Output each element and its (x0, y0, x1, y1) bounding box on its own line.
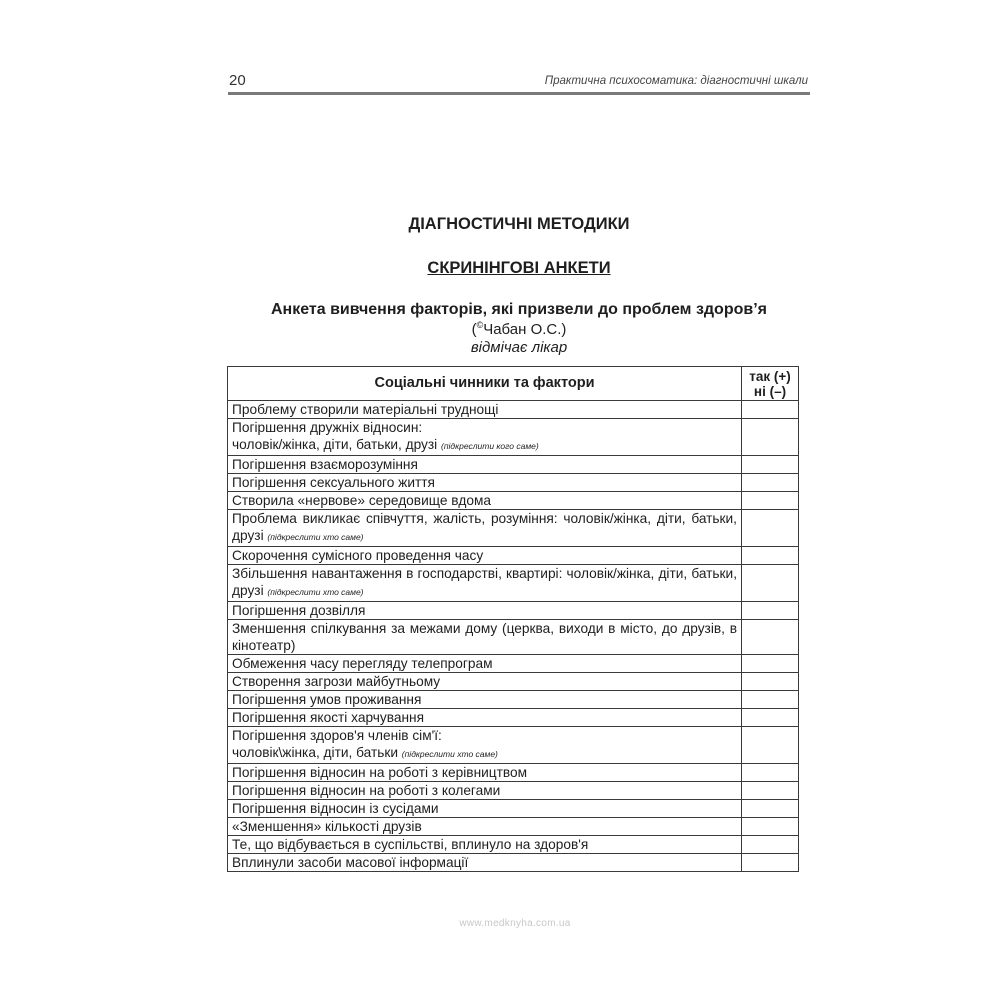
factor-cell: Обмеження часу перегляду телепрограм (228, 655, 742, 673)
table-row: Вплинули засоби масової інформації (228, 854, 799, 872)
questionnaire-author: (©Чабан О.С.) (228, 320, 810, 338)
answer-cell[interactable] (742, 456, 799, 474)
factor-cell: Зменшення спілкування за межами дому (це… (228, 620, 742, 655)
answer-cell[interactable] (742, 800, 799, 818)
table-row: Проблему створили матеріальні труднощі (228, 401, 799, 419)
factor-cell: Створення загрози майбутньому (228, 673, 742, 691)
factor-text-line2: чоловік\жінка, діти, батьки (232, 745, 398, 760)
answer-cell[interactable] (742, 492, 799, 510)
answer-cell[interactable] (742, 510, 799, 547)
answer-cell[interactable] (742, 673, 799, 691)
table-row: Створення загрози майбутньому (228, 673, 799, 691)
factor-cell: Погіршення умов проживання (228, 691, 742, 709)
factor-note: (підкреслити хто саме) (267, 587, 363, 597)
factors-table: Соціальні чинники та фактори так (+) ні … (227, 366, 799, 872)
factor-cell: Погіршення відносин на роботі з керівниц… (228, 764, 742, 782)
answer-cell[interactable] (742, 691, 799, 709)
col-factors-header: Соціальні чинники та фактори (228, 367, 742, 401)
factor-text: Вплинули засоби масової інформації (232, 855, 468, 870)
table-row: Погіршення умов проживання (228, 691, 799, 709)
factor-cell: Погіршення здоров'я членів сім'ї:чоловік… (228, 727, 742, 764)
running-header: 20 Практична психосоматика: діагностичні… (228, 72, 810, 95)
answer-cell[interactable] (742, 854, 799, 872)
factor-text: Погіршення дозвілля (232, 603, 365, 618)
factor-cell: Погіршення взаєморозуміння (228, 456, 742, 474)
factor-text: Погіршення взаєморозуміння (232, 457, 418, 472)
factor-cell: Збільшення навантаження в господарстві, … (228, 565, 742, 602)
table-row: Обмеження часу перегляду телепрограм (228, 655, 799, 673)
factor-text: Погіршення дружніх відносин: (232, 420, 422, 435)
factor-cell: Проблему створили матеріальні труднощі (228, 401, 742, 419)
answer-cell[interactable] (742, 782, 799, 800)
page-number: 20 (229, 72, 246, 89)
table-row: Погіршення відносин на роботі з колегами (228, 782, 799, 800)
table-row: Погіршення здоров'я членів сім'ї:чоловік… (228, 727, 799, 764)
factor-text-line2: чоловік/жінка, діти, батьки, друзі (232, 437, 437, 452)
answer-cell[interactable] (742, 401, 799, 419)
factor-text: Зменшення спілкування за межами дому (це… (232, 621, 737, 653)
factor-text: Погіршення сексуального життя (232, 475, 435, 490)
factor-note: (підкреслити кого саме) (441, 441, 539, 451)
subsection-title: СКРИНІНГОВІ АНКЕТИ (228, 259, 810, 278)
answer-cell[interactable] (742, 818, 799, 836)
section-title: ДІАГНОСТИЧНІ МЕТОДИКИ (228, 215, 810, 234)
answer-cell[interactable] (742, 727, 799, 764)
factor-text: Погіршення відносин на роботі з колегами (232, 783, 500, 798)
table-row: Погіршення відносин на роботі з керівниц… (228, 764, 799, 782)
factor-cell: Вплинули засоби масової інформації (228, 854, 742, 872)
factor-text: Обмеження часу перегляду телепрограм (232, 656, 493, 671)
table-row: Скорочення сумісного проведення часу (228, 547, 799, 565)
table-row: Погіршення дружніх відносин:чоловік/жінк… (228, 419, 799, 456)
table-row: Погіршення взаєморозуміння (228, 456, 799, 474)
factor-text: Створила «нервове» середовище вдома (232, 493, 491, 508)
factor-cell: Погіршення дружніх відносин:чоловік/жінк… (228, 419, 742, 456)
factor-text: Те, що відбувається в суспільстві, вплин… (232, 837, 588, 852)
table-row: Створила «нервове» середовище вдома (228, 492, 799, 510)
answer-cell[interactable] (742, 836, 799, 854)
factor-text: «Зменшення» кількості друзів (232, 819, 422, 834)
table-row: Зменшення спілкування за межами дому (це… (228, 620, 799, 655)
table-row: Те, що відбувається в суспільстві, вплин… (228, 836, 799, 854)
answer-cell[interactable] (742, 602, 799, 620)
factor-text: Проблему створили матеріальні труднощі (232, 402, 498, 417)
factor-note: (підкреслити хто саме) (267, 532, 363, 542)
running-title: Практична психосоматика: діагностичні шк… (545, 75, 808, 87)
table-row: Погіршення якості харчування (228, 709, 799, 727)
table-row: Погіршення сексуального життя (228, 474, 799, 492)
factor-cell: Те, що відбувається в суспільстві, вплин… (228, 836, 742, 854)
answer-cell[interactable] (742, 565, 799, 602)
answer-yes-label: так (+) (742, 369, 798, 384)
factor-cell: Погіршення сексуального життя (228, 474, 742, 492)
answer-cell[interactable] (742, 655, 799, 673)
factor-text: Скорочення сумісного проведення часу (232, 548, 483, 563)
factor-text: Створення загрози майбутньому (232, 674, 440, 689)
answer-no-label: ні (–) (742, 384, 798, 399)
table-row: Збільшення навантаження в господарстві, … (228, 565, 799, 602)
answer-cell[interactable] (742, 419, 799, 456)
factor-cell: Проблема викликає співчуття, жалість, ро… (228, 510, 742, 547)
factor-cell: «Зменшення» кількості друзів (228, 818, 742, 836)
factor-cell: Створила «нервове» середовище вдома (228, 492, 742, 510)
table-row: «Зменшення» кількості друзів (228, 818, 799, 836)
watermark: www.medknyha.com.ua (400, 918, 630, 929)
questionnaire-marker: відмічає лікар (228, 339, 810, 356)
answer-cell[interactable] (742, 709, 799, 727)
table-header-row: Соціальні чинники та фактори так (+) ні … (228, 367, 799, 401)
answer-cell[interactable] (742, 764, 799, 782)
factor-text: Погіршення здоров'я членів сім'ї: (232, 728, 442, 743)
col-answer-header: так (+) ні (–) (742, 367, 799, 401)
author-name: Чабан О.С.) (483, 321, 566, 338)
answer-cell[interactable] (742, 620, 799, 655)
factor-text: Погіршення умов проживання (232, 692, 421, 707)
factor-text: Погіршення якості харчування (232, 710, 424, 725)
table-row: Погіршення відносин із сусідами (228, 800, 799, 818)
answer-cell[interactable] (742, 547, 799, 565)
subsection-title-text: СКРИНІНГОВІ АНКЕТИ (427, 259, 610, 277)
table-row: Погіршення дозвілля (228, 602, 799, 620)
factor-cell: Погіршення відносин на роботі з колегами (228, 782, 742, 800)
table-row: Проблема викликає співчуття, жалість, ро… (228, 510, 799, 547)
factor-cell: Погіршення відносин із сусідами (228, 800, 742, 818)
factor-cell: Погіршення якості харчування (228, 709, 742, 727)
questionnaire-title: Анкета вивчення факторів, які призвели д… (228, 301, 810, 319)
factor-cell: Скорочення сумісного проведення часу (228, 547, 742, 565)
factor-cell: Погіршення дозвілля (228, 602, 742, 620)
answer-cell[interactable] (742, 474, 799, 492)
factor-note: (підкреслити хто саме) (402, 749, 498, 759)
factor-text: Погіршення відносин на роботі з керівниц… (232, 765, 527, 780)
factor-text: Погіршення відносин із сусідами (232, 801, 439, 816)
